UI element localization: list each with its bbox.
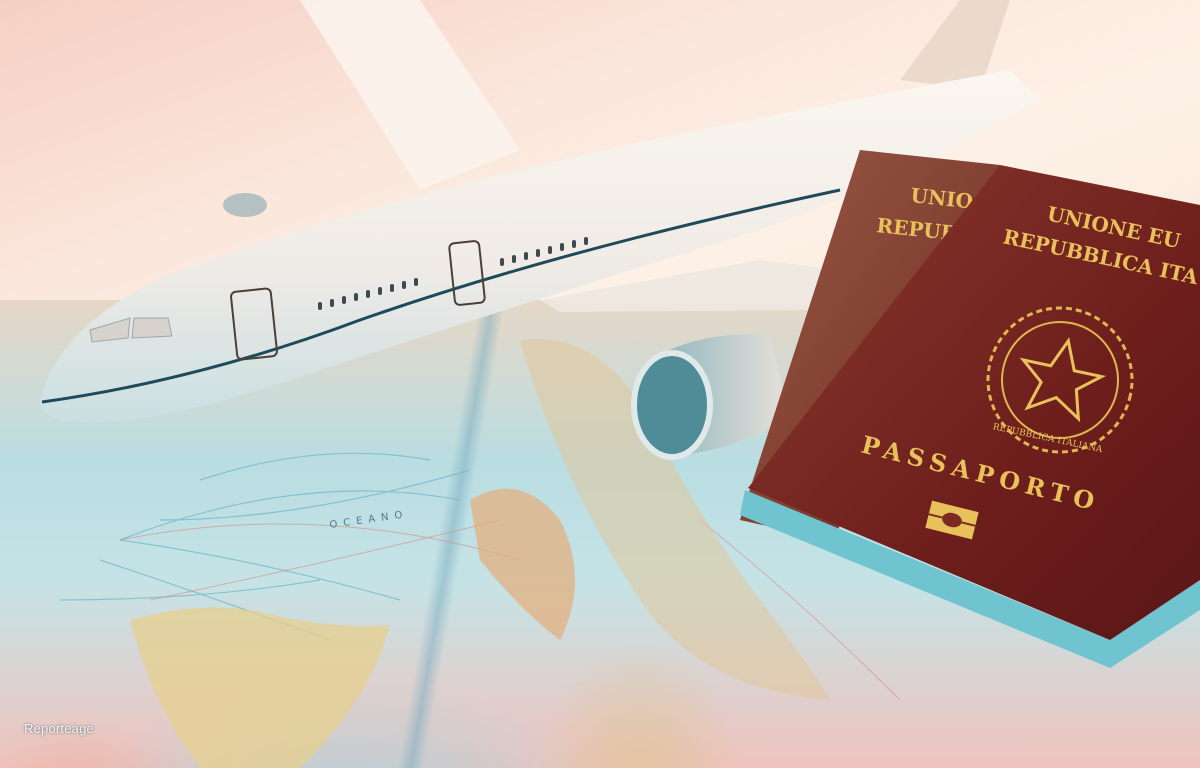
watermark: Reporteage bbox=[24, 721, 94, 736]
passports: UNIO REPUB UNIONE EU REPUBBLICA ITA REPU… bbox=[0, 0, 1200, 768]
photo-scene: OCEANO bbox=[0, 0, 1200, 768]
